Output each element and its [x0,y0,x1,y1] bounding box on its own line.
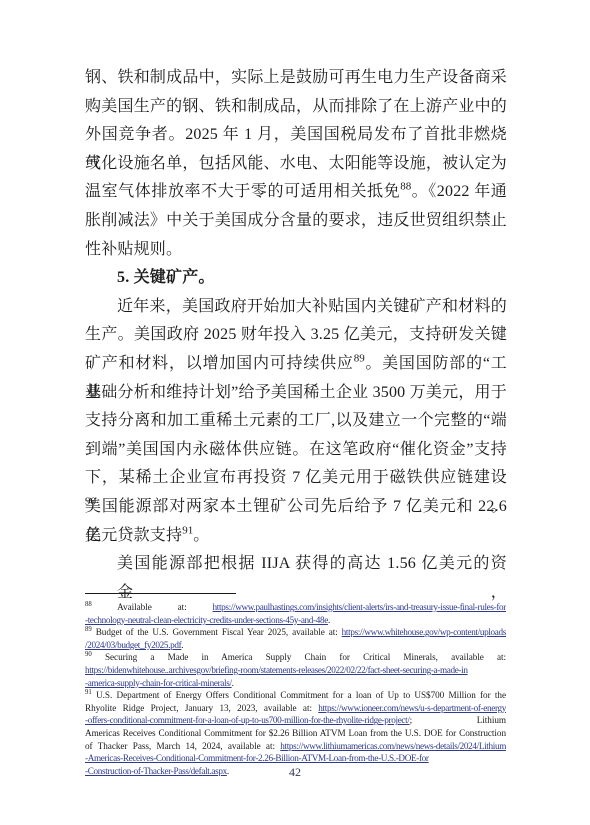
body-line: 钢、铁和制成品中，实际上是鼓励可再生电力生产设备商采 [85,64,507,93]
body-text-segment: 。 [193,527,209,544]
footnote-link[interactable]: -offers-conditional-commitment-for-a-loa… [85,715,410,725]
body-line: 胀削减法》中关于美国成分含量的要求，违反世贸组织禁止 [85,207,507,236]
body-text: 钢、铁和制成品中，实际上是鼓励可再生电力生产设备商采购美国生产的钢、铁和制成品，… [85,64,507,579]
footnote-marker: 90 [85,651,92,658]
body-line: 下，某稀土企业宣布再投资 7 亿美元用于磁铁供应链建设90。 [85,464,507,493]
footnote-line: 90 Securing a Made in America Supply Cha… [85,651,506,664]
footnote-ref: 91 [182,524,193,536]
footnote-text-segment: Securing a Made in America Supply Chain … [92,652,506,662]
footnote-line: 91 U.S. Department of Energy Offers Cond… [85,689,506,702]
footnote-text-segment: U.S. Department of Energy Offers Conditi… [92,690,506,700]
footnote-line: Rhyolite Ridge Project, January 13, 2023… [85,702,506,715]
footnote-text-segment: . [181,640,183,650]
body-text-segment: 性补贴规则。 [85,241,182,258]
body-line: 性补贴规则。 [85,236,507,265]
body-line: 矿产和材料，以增加国内可持续供应89。美国国防部的“工业 [85,350,507,379]
body-text-segment: 基础分析和维持计划”给予美国稀土企业 3500 万美元，用于 [85,384,507,401]
page-number: 42 [0,765,590,780]
footnote-line: /2024/03/budget_fy2025.pdf. [85,639,506,652]
footnote-line: https://bidenwhitehouse..archivesgov/bri… [85,664,506,677]
document-page: 钢、铁和制成品中，实际上是鼓励可再生电力生产设备商采购美国生产的钢、铁和制成品，… [0,0,590,825]
footnote-text-segment: . [328,615,330,625]
footnote-line: -offers-conditional-commitment-for-a-loa… [85,714,506,727]
footnote-link[interactable]: -america-supply-chain-for-critical-miner… [85,678,232,688]
body-text-segment: 购美国生产的钢、铁和制成品，从而排除了在上游产业中的 [85,98,507,115]
body-line: 到端”美国国内永磁体供应链。在这笔政府“催化资金”支持 [85,436,507,465]
footnotes: 88 Available at: https://www.paulhasting… [85,601,506,777]
footnote-marker: 91 [85,689,92,696]
body-line: 近年来，美国政府开始加大补贴国内关键矿产和材料的 [85,293,507,322]
footnote-ref: 89 [354,353,365,365]
body-line: 温室气体排放率不大于零的可适用相关抵免88。《2022 年通 [85,178,507,207]
body-text-segment: 。《2022 年通 [411,183,507,200]
footnote-line: 89 Budget of the U.S. Government Fiscal … [85,626,506,639]
body-line: 生产。美国政府 2025 财年投入 3.25 亿美元，支持研发关键 [85,321,507,350]
body-line: 美国能源部对两家本土锂矿公司先后给予 7 亿美元和 22.6 亿 [85,493,507,522]
body-text-segment: 到端”美国国内永磁体供应链。在这笔政府“催化资金”支持 [85,441,507,458]
footnote-line: 88 Available at: https://www.paulhasting… [85,601,506,614]
footnote-link[interactable]: https://bidenwhitehouse..archivesgov/bri… [85,665,468,675]
body-text-segment: 气化设施名单，包括风能、水电、太阳能等设施，被认定为 [85,155,507,172]
body-line: 支持分离和加工重稀土元素的工厂,以及建立一个完整的“端 [85,407,507,436]
footnote-line: of Thacker Pass, March 14, 2024, availab… [85,740,506,753]
footnote-text-segment: Americas Receives Conditional Commitment… [85,728,506,738]
footnote-text-segment: Budget of the U.S. Government Fiscal Yea… [92,627,342,637]
body-text-segment: 下，某稀土企业宣布再投资 7 亿美元用于磁铁供应链建设 [85,469,507,486]
body-text-segment: 美元贷款支持 [85,527,182,544]
body-line: 5. 关键矿产。 [85,264,507,293]
footnote-link[interactable]: -technology-neutral-clean-electricity-cr… [85,615,328,625]
body-text-segment: 支持分离和加工重稀土元素的工厂,以及建立一个完整的“端 [85,412,507,429]
footnote-line: -Americas-Receives-Conditional-Commitmen… [85,752,506,765]
footnote-text-segment: . [232,678,234,688]
footnote-marker: 89 [85,626,92,633]
body-text-segment: 5. 关键矿产。 [117,269,215,286]
footnote-link[interactable]: https://www.ioneer.com/news/u-s-departme… [318,703,506,713]
footnote-line: -technology-neutral-clean-electricity-cr… [85,614,506,627]
footnote-line: Americas Receives Conditional Commitment… [85,727,506,740]
footnote-marker: 88 [85,601,92,608]
footnote-link[interactable]: -Americas-Receives-Conditional-Commitmen… [85,753,429,763]
footnote-text-segment: of Thacker Pass, March 14, 2024, availab… [85,741,280,751]
footnote-link[interactable]: https://www.paulhastings.com/insights/cl… [213,602,506,612]
body-line: 外国竞争者。2025 年 1 月，美国国税局发布了首批非燃烧或 [85,121,507,150]
body-line: 美国能源部把根据 IIJA 获得的高达 1.56 亿美元的资金， [85,550,507,579]
body-line: 美元贷款支持91。 [85,522,507,551]
footnote-line: -america-supply-chain-for-critical-miner… [85,677,506,690]
body-text-segment: 胀削减法》中关于美国成分含量的要求，违反世贸组织禁止 [85,212,507,229]
body-text-segment: 生产。美国政府 2025 财年投入 3.25 亿美元，支持研发关键 [85,326,507,343]
body-text-segment: 近年来，美国政府开始加大补贴国内关键矿产和材料的 [117,298,507,315]
body-text-segment: 温室气体排放率不大于零的可适用相关抵免 [85,183,400,200]
footnote-link[interactable]: https://www.whitehouse.gov/wp-content/up… [342,627,506,637]
body-line: 基础分析和维持计划”给予美国稀土企业 3500 万美元，用于 [85,379,507,408]
footnote-link[interactable]: /2024/03/budget_fy2025.pdf [85,640,181,650]
footnote-link[interactable]: https://www.lithiumamericas.com/news/new… [280,741,506,751]
body-text-segment: 矿产和材料，以增加国内可持续供应 [85,355,354,372]
footnote-text-segment: Rhyolite Ridge Project, January 13, 2023… [85,703,318,713]
footnote-ref: 88 [400,181,411,193]
body-line: 气化设施名单，包括风能、水电、太阳能等设施，被认定为 [85,150,507,179]
footnote-separator [85,593,236,594]
footnote-text-segment: Lithium [412,715,506,725]
body-text-segment: 钢、铁和制成品中，实际上是鼓励可再生电力生产设备商采 [85,69,507,86]
footnote-text-segment: Available at: [92,602,213,612]
body-line: 购美国生产的钢、铁和制成品，从而排除了在上游产业中的 [85,93,507,122]
